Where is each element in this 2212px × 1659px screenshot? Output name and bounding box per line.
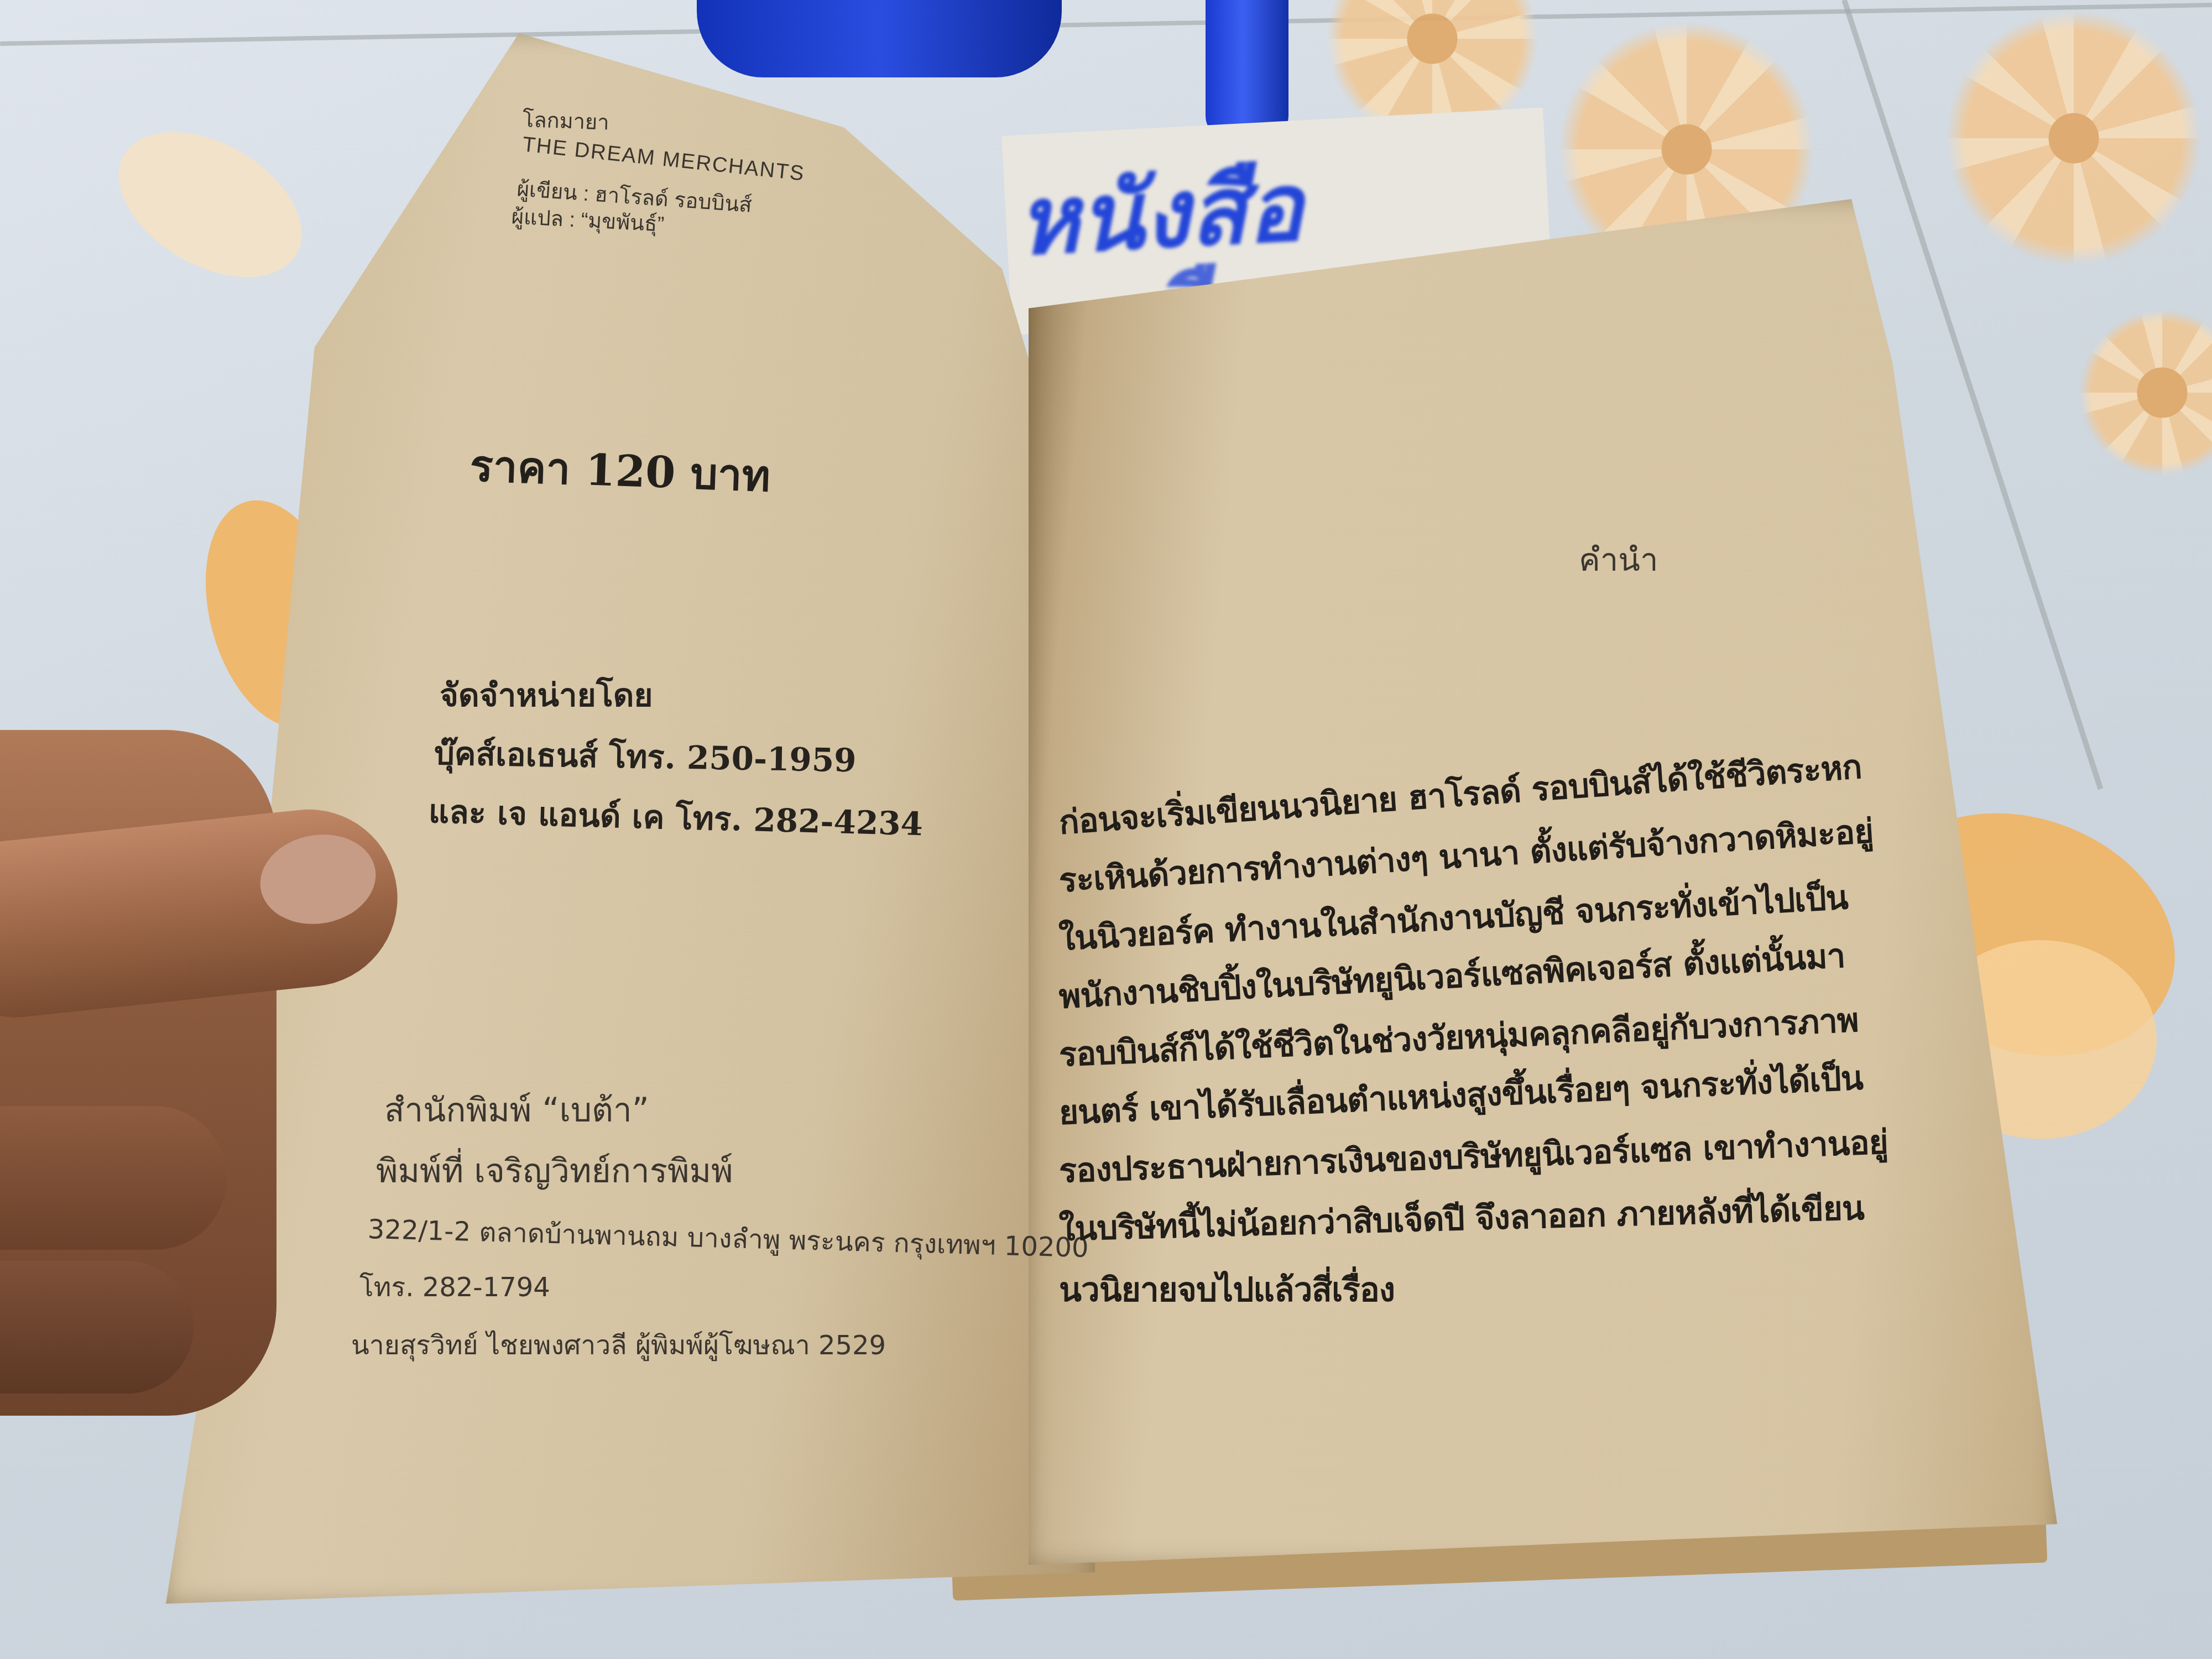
finger [0, 1261, 194, 1394]
blue-container [697, 0, 1062, 77]
finger [0, 1106, 227, 1250]
flower-tile-decoration [1947, 11, 2201, 265]
printer-publisher-credit: นายสุรวิทย์ ไชยพงศาวลี ผู้พิมพ์ผู้โฆษณา … [351, 1324, 886, 1366]
distribution-heading: จัดจำหน่ายโดย [440, 669, 653, 721]
printer-phone: โทร. 282-1794 [359, 1266, 550, 1308]
distributor-1: บุ๊คส์เอเธนส์ โทร. 250-1959 [434, 727, 857, 786]
foreword-heading: คำนำ [1579, 534, 1658, 585]
foreword-line: นวนิยายจบไปแล้วสี่เรื่อง [1059, 1264, 1395, 1316]
publisher-name: สำนักพิมพ์ “เบต้า” [384, 1084, 649, 1136]
printer-name: พิมพ์ที่ เจริญวิทย์การพิมพ์ [376, 1145, 733, 1197]
price-label: ราคา 120 บาท [469, 431, 772, 510]
blue-marker-cap [1206, 0, 1288, 138]
